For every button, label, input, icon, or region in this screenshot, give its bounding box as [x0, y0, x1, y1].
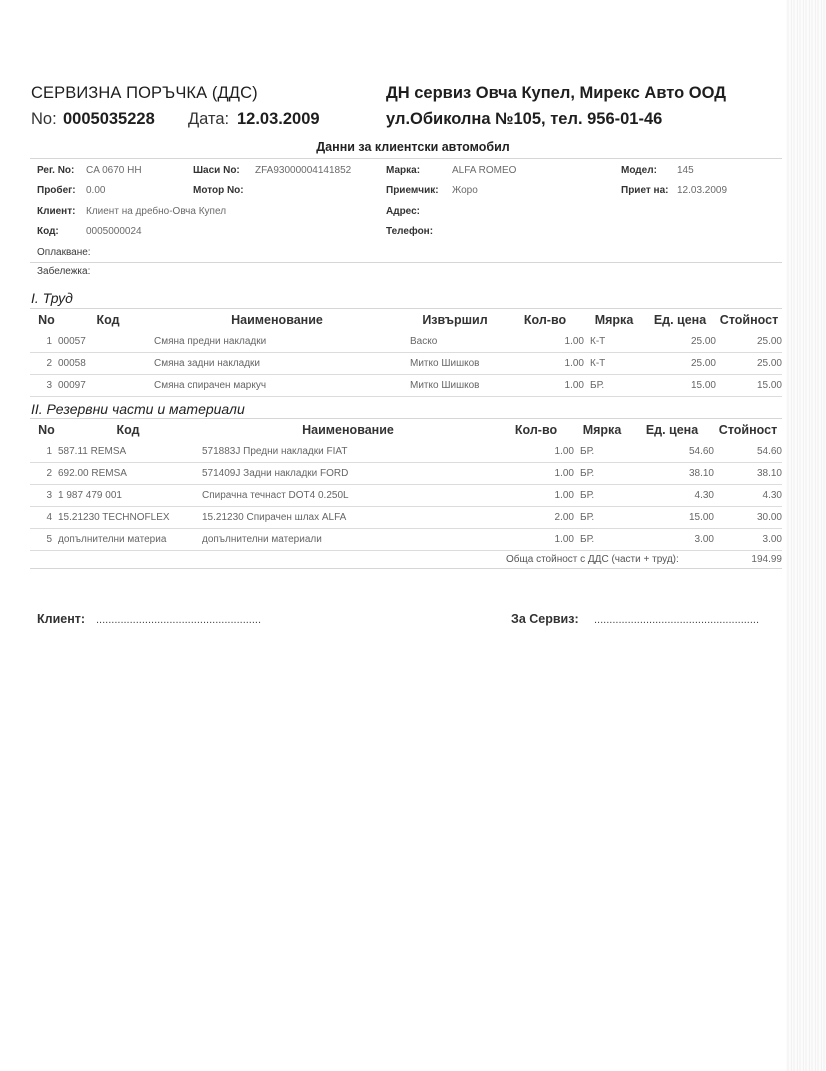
document-title: СЕРВИЗНА ПОРЪЧКА (ДДС) [31, 84, 258, 103]
row-value: 3.00 [714, 529, 782, 551]
row-qty: 1.00 [498, 485, 574, 507]
row-unit: БР. [574, 441, 630, 463]
row-value: 38.10 [714, 463, 782, 485]
col-price: Ед. цена [644, 309, 716, 331]
row-value: 4.30 [714, 485, 782, 507]
model-label: Модел: [621, 165, 657, 176]
order-number: 0005035228 [63, 110, 155, 129]
mileage-value: 0.00 [86, 185, 105, 196]
parts-header-row: No Код Наименование Кол-во Мярка Ед. цен… [30, 419, 782, 441]
row-worker: Митко Шишков [404, 375, 506, 397]
row-no: 3 [30, 485, 58, 507]
code-label: Код: [37, 226, 59, 237]
row-code: допълнителни материа [58, 529, 198, 551]
row-name: 571883J Предни накладки FIAT [198, 441, 498, 463]
col-price: Ед. цена [630, 419, 714, 441]
col-worker: Извършил [404, 309, 506, 331]
row-unit: БР. [584, 375, 644, 397]
table-row: 415.21230 TECHNOFLEX15.21230 Спирачен шл… [30, 507, 782, 529]
row-code: 1 987 479 001 [58, 485, 198, 507]
row-value: 25.00 [716, 331, 782, 353]
client-label: Клиент: [37, 206, 75, 217]
note-label: Забележка: [37, 266, 90, 277]
row-price: 25.00 [644, 353, 716, 375]
client-signature-line: ........................................… [96, 614, 261, 626]
client-signature-label: Клиент: [37, 612, 85, 626]
row-price: 3.00 [630, 529, 714, 551]
row-unit: К-Т [584, 353, 644, 375]
row-no: 1 [30, 441, 58, 463]
row-code: 00057 [58, 331, 150, 353]
col-name: Наименование [198, 419, 498, 441]
row-no: 3 [30, 375, 58, 397]
row-code: 00058 [58, 353, 150, 375]
reg-no-label: Рег. No: [37, 165, 74, 176]
engine-label: Мотор No: [193, 185, 244, 196]
table-row: 100057Смяна предни накладкиВаско1.00К-Т2… [30, 331, 782, 353]
receiver-value: Жоро [452, 185, 478, 196]
col-code: Код [58, 419, 198, 441]
row-value: 30.00 [714, 507, 782, 529]
reg-no-value: CA 0670 HH [86, 165, 142, 176]
company-address: ул.Обиколна №105, тел. 956-01-46 [386, 110, 662, 129]
chassis-label: Шаси No: [193, 165, 240, 176]
row-name: Смяна предни накладки [150, 331, 404, 353]
row-qty: 1.00 [498, 463, 574, 485]
row-unit: БР. [574, 529, 630, 551]
table-row: 5допълнителни материадопълнителни матери… [30, 529, 782, 551]
row-price: 38.10 [630, 463, 714, 485]
row-qty: 1.00 [506, 353, 584, 375]
row-unit: БР. [574, 463, 630, 485]
labor-header-row: No Код Наименование Извършил Кол-во Мярк… [30, 309, 782, 331]
make-value: ALFA ROMEO [452, 165, 516, 176]
row-price: 15.00 [630, 507, 714, 529]
row-name: Смяна спирачен маркуч [150, 375, 404, 397]
col-name: Наименование [150, 309, 404, 331]
row-no: 1 [30, 331, 58, 353]
col-qty: Кол-во [506, 309, 584, 331]
vehicle-section-title: Данни за клиентски автомобил [0, 140, 826, 154]
received-label: Приет на: [621, 185, 668, 196]
table-row: 300097Смяна спирачен маркучМитко Шишков1… [30, 375, 782, 397]
row-unit: К-Т [584, 331, 644, 353]
row-unit: БР. [574, 507, 630, 529]
address-label: Адрес: [386, 206, 420, 217]
row-qty: 2.00 [498, 507, 574, 529]
col-code: Код [58, 309, 150, 331]
code-value: 0005000024 [86, 226, 142, 237]
client-value: Клиент на дребно-Овча Купел [86, 206, 226, 217]
row-price: 54.60 [630, 441, 714, 463]
row-value: 25.00 [716, 353, 782, 375]
row-qty: 1.00 [498, 441, 574, 463]
grand-total-value: 194.99 [720, 554, 782, 565]
row-qty: 1.00 [498, 529, 574, 551]
row-value: 15.00 [716, 375, 782, 397]
table-row: 31 987 479 001Спирачна течнаст DOT4 0.25… [30, 485, 782, 507]
scan-edge-artifact [786, 0, 826, 1071]
row-name: 571409J Задни накладки FORD [198, 463, 498, 485]
row-name: Смяна задни накладки [150, 353, 404, 375]
parts-section-title: II. Резервни части и материали [31, 401, 245, 417]
col-unit: Мярка [584, 309, 644, 331]
complaint-label: Оплакване: [37, 247, 91, 258]
col-qty: Кол-во [498, 419, 574, 441]
divider [30, 262, 782, 263]
chassis-value: ZFA93000004141852 [255, 165, 351, 176]
row-value: 54.60 [714, 441, 782, 463]
parts-table: No Код Наименование Кол-во Мярка Ед. цен… [30, 419, 782, 551]
company-name: ДН сервиз Овча Купел, Мирекс Авто ООД [386, 84, 726, 103]
row-name: Спирачна течнаст DOT4 0.250L [198, 485, 498, 507]
order-number-label: No: [31, 110, 57, 129]
col-value: Стойност [716, 309, 782, 331]
date-label: Дата: [188, 110, 229, 129]
labor-section-title: I. Труд [31, 290, 73, 306]
phone-label: Телефон: [386, 226, 433, 237]
col-no: No [30, 419, 58, 441]
row-worker: Васко [404, 331, 506, 353]
service-signature-line: ........................................… [594, 614, 759, 626]
row-no: 5 [30, 529, 58, 551]
make-label: Марка: [386, 165, 420, 176]
receiver-label: Приемчик: [386, 185, 439, 196]
row-price: 15.00 [644, 375, 716, 397]
row-no: 2 [30, 353, 58, 375]
row-no: 2 [30, 463, 58, 485]
row-qty: 1.00 [506, 331, 584, 353]
divider [30, 568, 782, 569]
row-price: 25.00 [644, 331, 716, 353]
col-value: Стойност [714, 419, 782, 441]
row-name: допълнителни материали [198, 529, 498, 551]
labor-table: No Код Наименование Извършил Кол-во Мярк… [30, 309, 782, 397]
row-price: 4.30 [630, 485, 714, 507]
col-unit: Мярка [574, 419, 630, 441]
grand-total-label: Обща стойност с ДДС (части + труд): [506, 554, 679, 565]
service-signature-label: За Сервиз: [511, 612, 579, 626]
row-qty: 1.00 [506, 375, 584, 397]
row-worker: Митко Шишков [404, 353, 506, 375]
row-code: 587.11 REMSA [58, 441, 198, 463]
received-value: 12.03.2009 [677, 185, 727, 196]
row-name: 15.21230 Спирачен шлах ALFA [198, 507, 498, 529]
row-code: 00097 [58, 375, 150, 397]
row-no: 4 [30, 507, 58, 529]
model-value: 145 [677, 165, 694, 176]
table-row: 2692.00 REMSA571409J Задни накладки FORD… [30, 463, 782, 485]
mileage-label: Пробег: [37, 185, 76, 196]
table-row: 200058Смяна задни накладкиМитко Шишков1.… [30, 353, 782, 375]
row-unit: БР. [574, 485, 630, 507]
order-date: 12.03.2009 [237, 110, 320, 129]
col-no: No [30, 309, 58, 331]
row-code: 15.21230 TECHNOFLEX [58, 507, 198, 529]
divider [30, 158, 782, 159]
table-row: 1587.11 REMSA571883J Предни накладки FIA… [30, 441, 782, 463]
row-code: 692.00 REMSA [58, 463, 198, 485]
